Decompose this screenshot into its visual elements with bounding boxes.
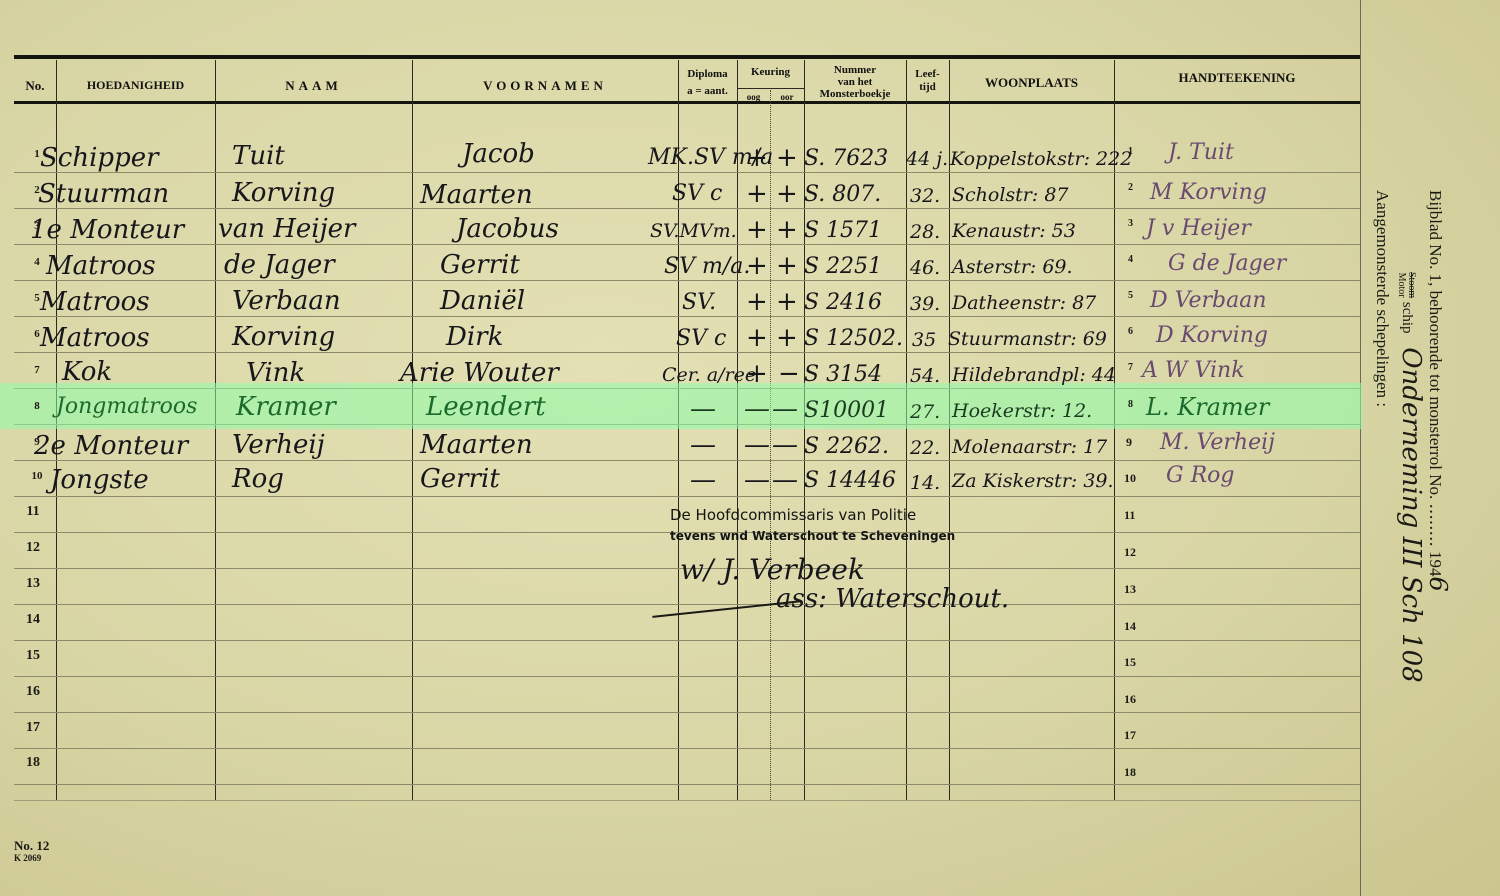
- cell-woonplaats: Koppelstokstr: 222: [950, 150, 1132, 169]
- cell-nummer: S. 807.: [804, 184, 881, 206]
- cell-woonplaats: Za Kiskerstr: 39.: [952, 472, 1114, 491]
- cell-leeftijd: 22.: [910, 439, 940, 458]
- cell-oog: —: [744, 396, 770, 422]
- cell-oor: —: [772, 467, 798, 493]
- cell-oog: +: [746, 289, 768, 315]
- col-line-10: [1114, 60, 1115, 800]
- cell-handteekening: M Korving: [1150, 182, 1267, 204]
- cell-oog: +: [746, 325, 768, 351]
- cell-handteekening: D Korving: [1156, 325, 1268, 347]
- cell-handteekening: G de Jager: [1168, 253, 1286, 275]
- sig-row-number: 8: [1128, 399, 1133, 410]
- cell-handteekening: J v Heijer: [1146, 218, 1251, 240]
- cell-woonplaats: Datheenstr: 87: [952, 294, 1096, 313]
- header-leeftijd-line2: tijd: [906, 81, 949, 94]
- header-voornamen: VOORNAMEN: [412, 79, 678, 94]
- cell-nummer: S 1571: [804, 220, 882, 242]
- header-no: No.: [14, 79, 56, 94]
- col-line-5: [737, 60, 738, 800]
- row-number: 15: [18, 648, 48, 664]
- form-right-border: [1360, 0, 1361, 896]
- cell-nummer: S 3154: [804, 364, 882, 386]
- cell-voornamen: Daniël: [440, 288, 525, 314]
- sig-row-number: 5: [1128, 290, 1133, 301]
- cell-diploma: Cer. a/ree: [662, 366, 756, 385]
- cell-oor: −: [778, 361, 800, 387]
- header-nummer-line2: van het: [804, 76, 906, 88]
- cell-leeftijd: 27.: [910, 403, 940, 422]
- ship-name: Onderneming III Sch 108: [1396, 347, 1426, 682]
- cell-oog: +: [746, 145, 768, 171]
- col-line-2: [215, 60, 216, 800]
- cell-oor: —: [772, 432, 798, 458]
- header-nummer-line1: Nummer: [804, 64, 906, 76]
- row-number: 11: [18, 504, 48, 520]
- header-diploma-line1: Diploma: [678, 68, 737, 81]
- cell-naam: Rog: [232, 466, 284, 492]
- form-number: No. 12: [14, 838, 49, 854]
- sig-row-number: 12: [1124, 545, 1136, 560]
- motor-label: Motor: [1396, 272, 1406, 298]
- cell-oor: —: [772, 396, 798, 422]
- cell-voornamen: Gerrit: [420, 466, 500, 492]
- sig-row-number: 16: [1124, 692, 1136, 707]
- sig-row-number: 3: [1128, 218, 1133, 229]
- cell-diploma: —: [690, 467, 716, 493]
- sig-row-number: 7: [1128, 362, 1133, 373]
- cell-oor: +: [776, 289, 798, 315]
- cell-naam: Vink: [246, 360, 305, 386]
- sig-row-number: 4: [1128, 254, 1133, 265]
- cell-diploma: SV.MVm.: [650, 222, 737, 241]
- sig-row-number: 2: [1128, 182, 1133, 193]
- cell-voornamen: Leendert: [426, 394, 546, 420]
- sig-row-number: 17: [1124, 728, 1136, 743]
- form-code: K 2069: [14, 853, 41, 863]
- cell-woonplaats: Molenaarstr: 17: [952, 438, 1107, 457]
- cell-oor: +: [776, 145, 798, 171]
- cell-voornamen: Dirk: [446, 324, 503, 350]
- side-note-line1: Bijblad No. 1, behoorende tot monsterrol…: [1424, 190, 1452, 592]
- row-number: 13: [18, 576, 48, 592]
- cell-oor: +: [776, 325, 798, 351]
- row-line: [14, 244, 1360, 245]
- side-note-line2: Stoom Motor schip Onderneming III Sch 10…: [1396, 272, 1426, 683]
- row-number: 17: [18, 720, 48, 736]
- cell-hoedanigheid: Matroos: [46, 253, 156, 279]
- header-leeftijd: Leef- tijd: [906, 68, 949, 93]
- cell-nummer: S 12502.: [804, 328, 903, 350]
- cell-voornamen: Jacob: [462, 141, 535, 167]
- cell-oog: —: [744, 432, 770, 458]
- row-line: [14, 784, 1360, 785]
- header-keuring: Keuring: [737, 66, 804, 79]
- row-line: [14, 280, 1360, 281]
- header-nummer: Nummer van het Monsterboekje: [804, 64, 906, 100]
- stamp-signature: w/ J. Verbeek: [680, 556, 865, 584]
- row-number: 14: [18, 612, 48, 628]
- header-woonplaats: WOONPLAATS: [949, 76, 1114, 91]
- cell-nummer: S 14446: [804, 470, 896, 492]
- col-line-3: [412, 60, 413, 800]
- year-prefix: 194: [1426, 551, 1445, 577]
- cell-nummer: S. 7623: [804, 148, 888, 170]
- cell-oor: +: [776, 217, 798, 243]
- cell-handteekening: L. Kramer: [1146, 395, 1269, 419]
- cell-oor: +: [776, 181, 798, 207]
- monsterrol-number: ........: [1425, 504, 1445, 547]
- row-line: [14, 800, 1360, 801]
- row-number: 8: [22, 400, 52, 412]
- cell-voornamen: Gerrit: [440, 252, 520, 278]
- cell-leeftijd: 44 j.: [906, 150, 948, 169]
- row-line: [14, 676, 1360, 677]
- row-line: [14, 460, 1360, 461]
- sig-row-number: 11: [1124, 508, 1135, 523]
- col-line-9: [949, 60, 950, 800]
- cell-handteekening: D Verbaan: [1150, 290, 1267, 312]
- stamp-line1: De Hoofdcommissaris van Politie: [670, 506, 916, 524]
- cell-handteekening: M. Verheij: [1160, 432, 1275, 454]
- year-suffix: 6: [1424, 577, 1452, 592]
- cell-naam: van Heijer: [218, 216, 355, 242]
- header-nummer-line3: Monsterboekje: [804, 88, 906, 100]
- header-hoedanigheid: HOEDANIGHEID: [56, 79, 215, 93]
- header-oor: oor: [770, 92, 804, 102]
- cell-nummer: S 2416: [804, 292, 882, 314]
- cell-leeftijd: 35: [912, 331, 936, 350]
- cell-hoedanigheid: Jongmatroos: [56, 396, 197, 418]
- header-oog: oog: [737, 92, 770, 102]
- cell-hoedanigheid: Stuurman: [38, 181, 169, 207]
- cell-nummer: S 2251: [804, 256, 882, 278]
- cell-diploma: SV c: [672, 183, 722, 205]
- sig-row-number: 13: [1124, 582, 1136, 597]
- row-line: [14, 496, 1360, 497]
- cell-leeftijd: 32.: [910, 187, 940, 206]
- cell-woonplaats: Kenaustr: 53: [952, 222, 1076, 241]
- sig-row-number: 9: [1126, 435, 1132, 450]
- col-line-4: [678, 60, 679, 800]
- sig-row-number: 15: [1124, 655, 1136, 670]
- cell-woonplaats: Scholstr: 87: [952, 186, 1069, 205]
- row-line: [14, 316, 1360, 317]
- row-line: [14, 352, 1360, 353]
- cell-diploma: —: [690, 396, 716, 422]
- sig-row-number: 10: [1124, 471, 1136, 486]
- cell-leeftijd: 46.: [910, 259, 940, 278]
- row-line: [14, 748, 1360, 749]
- header-diploma: Diploma a = aant.: [678, 68, 737, 97]
- cell-leeftijd: 54.: [910, 367, 940, 386]
- keuring-sub-rule: [737, 88, 804, 89]
- cell-oog: +: [746, 217, 768, 243]
- row-number: 16: [18, 684, 48, 700]
- cell-woonplaats: Asterstr: 69.: [952, 258, 1073, 277]
- cell-naam: Korving: [232, 180, 335, 206]
- cell-diploma: SV.: [682, 292, 716, 314]
- cell-handteekening: G Rog: [1166, 465, 1234, 487]
- cell-leeftijd: 14.: [910, 474, 940, 493]
- header-handteekening: HANDTEEKENING: [1114, 71, 1360, 86]
- header-naam: NAAM: [215, 79, 412, 94]
- cell-naam: Verbaan: [232, 288, 341, 314]
- row-line: [14, 640, 1360, 641]
- cell-diploma: SV m/a.: [664, 256, 750, 278]
- cell-diploma: —: [690, 432, 716, 458]
- row-number: 10: [22, 470, 52, 482]
- cell-leeftijd: 39.: [910, 295, 940, 314]
- row-line: [14, 172, 1360, 173]
- sig-row-number: 14: [1124, 619, 1136, 634]
- sig-row-number: 18: [1124, 765, 1136, 780]
- stoom-label: Stoom: [1406, 272, 1416, 298]
- cell-woonplaats: Hoekerstr: 12.: [952, 402, 1092, 421]
- cell-nummer: S 2262.: [804, 436, 889, 458]
- cell-voornamen: Maarten: [420, 182, 533, 208]
- cell-voornamen: Maarten: [420, 432, 533, 458]
- cell-naam: Tuit: [232, 143, 285, 169]
- cell-nummer: S10001: [804, 400, 889, 422]
- row-line: [14, 712, 1360, 713]
- row-line: [14, 208, 1360, 209]
- row-number: 7: [22, 364, 52, 376]
- col-line-7: [804, 60, 805, 800]
- header-top-rule: [14, 55, 1360, 59]
- cell-oog: +: [746, 361, 768, 387]
- cell-handteekening: J. Tuit: [1168, 142, 1234, 164]
- cell-hoedanigheid: Kok: [62, 359, 112, 385]
- cell-oog: —: [744, 467, 770, 493]
- stoom-motor-label: Stoom Motor: [1396, 272, 1416, 298]
- cell-handteekening: A W Vink: [1142, 360, 1245, 382]
- row-number: 18: [18, 755, 48, 771]
- side-note-line3: Aangemonsterde schepelingen :: [1372, 190, 1392, 407]
- cell-hoedanigheid: 1e Monteur: [30, 217, 184, 243]
- cell-hoedanigheid: Matroos: [40, 325, 150, 351]
- cell-woonplaats: Hildebrandpl: 44: [952, 366, 1116, 385]
- stamp-line2: tevens wnd Waterschout te Scheveningen: [670, 529, 955, 543]
- cell-naam: de Jager: [224, 252, 335, 278]
- sig-row-number: 6: [1128, 326, 1133, 337]
- cell-hoedanigheid: Matroos: [40, 289, 150, 315]
- cell-hoedanigheid: 2e Monteur: [34, 433, 188, 459]
- cell-naam: Verheij: [232, 432, 325, 458]
- col-line-6: [770, 90, 771, 800]
- row-line: [14, 604, 1360, 605]
- cell-diploma: SV c: [676, 328, 726, 350]
- cell-naam: Kramer: [236, 394, 336, 420]
- cell-woonplaats: Stuurmanstr: 69: [948, 330, 1107, 349]
- cell-voornamen: Jacobus: [456, 216, 559, 242]
- cell-leeftijd: 28.: [910, 223, 940, 242]
- stamp-signature-title: ass: Waterschout.: [776, 586, 1009, 612]
- side-note-line1-text: Bijblad No. 1, behoorende tot monsterrol…: [1426, 190, 1445, 499]
- schip-label: schip: [1399, 302, 1415, 334]
- cell-hoedanigheid: Jongste: [50, 467, 149, 493]
- cell-oog: +: [746, 253, 768, 279]
- header-diploma-line2: a = aant.: [678, 85, 737, 98]
- row-number: 12: [18, 540, 48, 556]
- cell-oog: +: [746, 181, 768, 207]
- header-leeftijd-line1: Leef-: [906, 68, 949, 81]
- cell-oor: +: [776, 253, 798, 279]
- cell-naam: Korving: [232, 324, 335, 350]
- cell-hoedanigheid: Schipper: [40, 145, 159, 171]
- col-line-8: [906, 60, 907, 800]
- cell-voornamen: Arie Wouter: [400, 360, 559, 386]
